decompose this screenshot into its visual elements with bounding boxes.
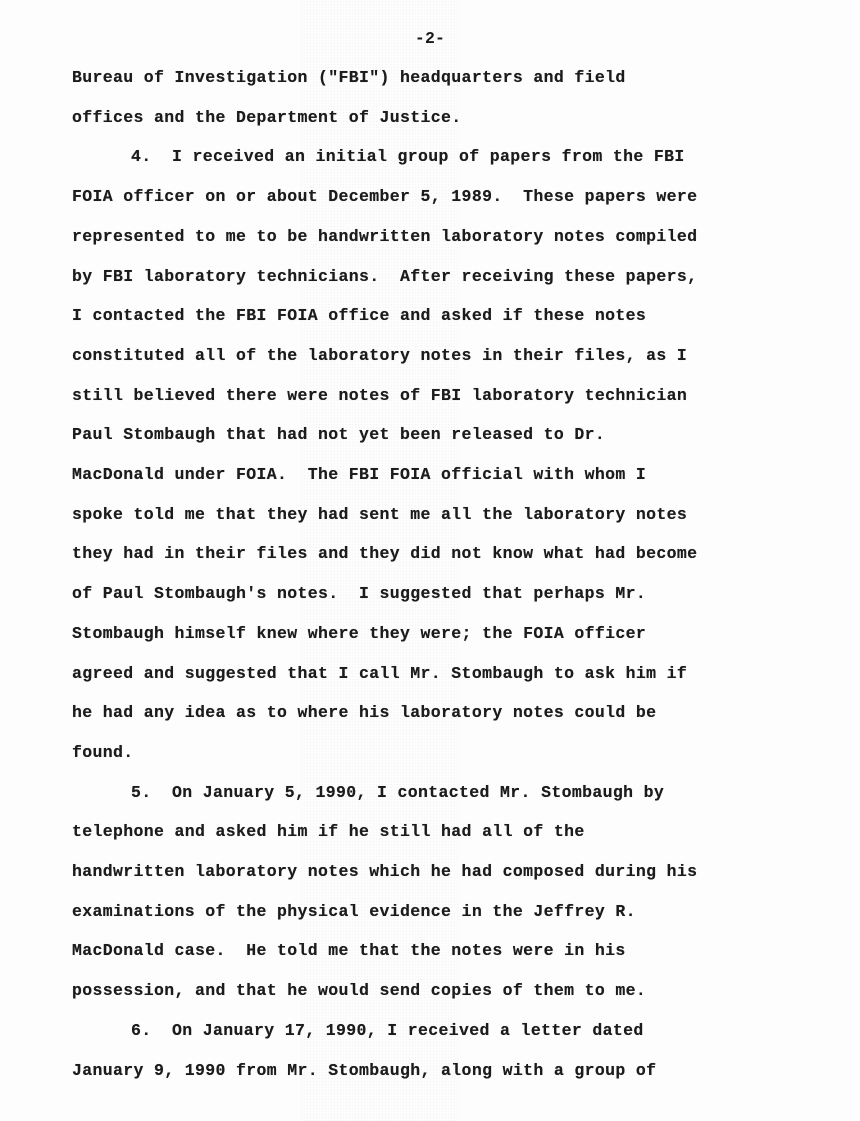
text-line: MacDonald under FOIA. The FBI FOIA offic…: [72, 465, 646, 485]
text-line: I contacted the FBI FOIA office and aske…: [72, 306, 646, 326]
text-line: found.: [72, 743, 134, 763]
paragraph-start-line: 5. On January 5, 1990, I contacted Mr. S…: [131, 783, 664, 803]
text-line: examinations of the physical evidence in…: [72, 902, 636, 922]
paragraph-start-line: 4. I received an initial group of papers…: [131, 147, 685, 167]
text-line: still believed there were notes of FBI l…: [72, 386, 687, 406]
text-line: handwritten laboratory notes which he ha…: [72, 862, 697, 882]
paragraph-start-line: 6. On January 17, 1990, I received a let…: [131, 1021, 644, 1041]
text-line: MacDonald case. He told me that the note…: [72, 941, 626, 961]
text-line: January 9, 1990 from Mr. Stombaugh, alon…: [72, 1061, 656, 1081]
text-line: Paul Stombaugh that had not yet been rel…: [72, 425, 605, 445]
text-line: represented to me to be handwritten labo…: [72, 227, 697, 247]
text-line: possession, and that he would send copie…: [72, 981, 646, 1001]
text-line: he had any idea as to where his laborato…: [72, 703, 656, 723]
document-page: -2- Bureau of Investigation ("FBI") head…: [0, 0, 860, 1121]
text-line: of Paul Stombaugh's notes. I suggested t…: [72, 584, 646, 604]
text-line: they had in their files and they did not…: [72, 544, 697, 564]
text-line: FOIA officer on or about December 5, 198…: [72, 187, 697, 207]
page-number: -2-: [0, 29, 860, 48]
text-line: agreed and suggested that I call Mr. Sto…: [72, 664, 687, 684]
text-line: offices and the Department of Justice.: [72, 108, 462, 128]
text-line: constituted all of the laboratory notes …: [72, 346, 687, 366]
text-line: telephone and asked him if he still had …: [72, 822, 585, 842]
text-line: Bureau of Investigation ("FBI") headquar…: [72, 68, 626, 88]
text-line: Stombaugh himself knew where they were; …: [72, 624, 646, 644]
text-line: by FBI laboratory technicians. After rec…: [72, 267, 697, 287]
text-line: spoke told me that they had sent me all …: [72, 505, 687, 525]
